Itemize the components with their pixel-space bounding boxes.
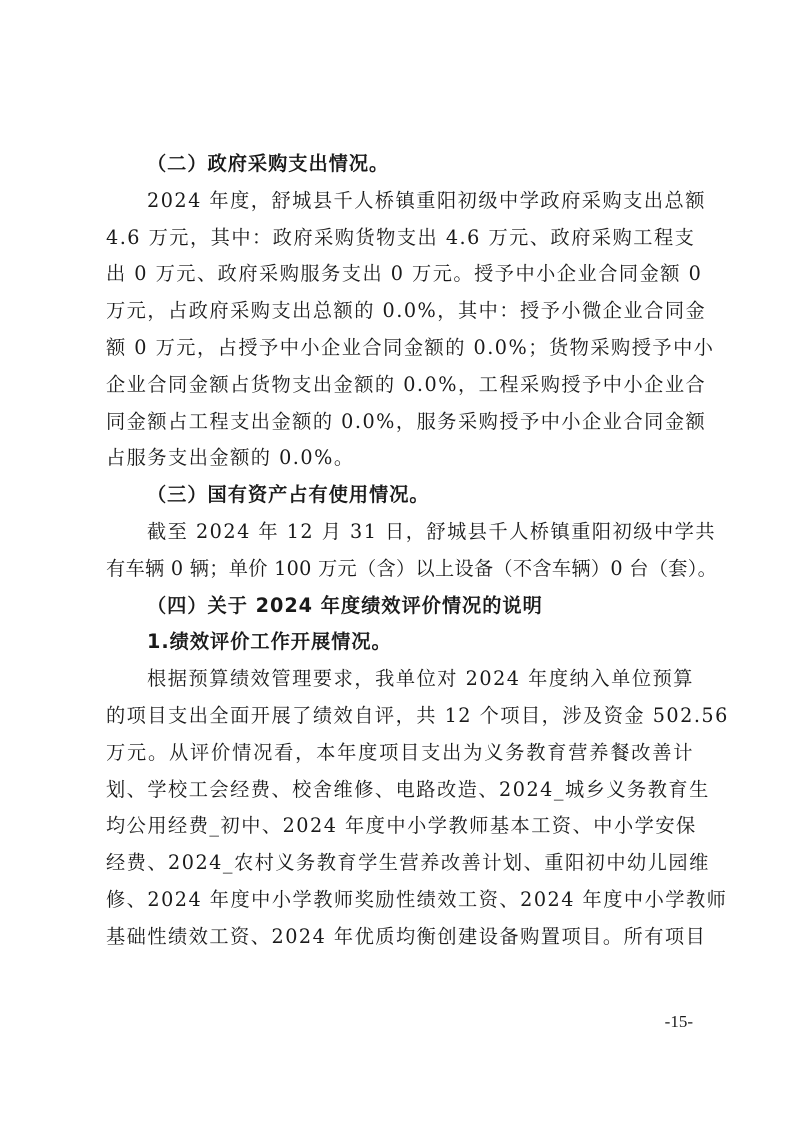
page-number: -15-: [665, 1012, 693, 1032]
paragraph-line: 出 0 万元、政府采购服务支出 0 万元。授予中小企业合同金额 0: [106, 256, 694, 293]
paragraph-line: 同金额占工程支出金额的 0.0%，服务采购授予中小企业合同金额: [106, 404, 694, 441]
paragraph-line: 修、2024 年度中小学教师奖励性绩效工资、2024 年度中小学教师: [106, 882, 694, 919]
section-heading-procurement: （二）政府采购支出情况。: [106, 146, 694, 183]
paragraph-line: 占服务支出金额的 0.0%。: [106, 440, 694, 477]
paragraph-line: 根据预算绩效管理要求，我单位对 2024 年度纳入单位预算: [106, 661, 694, 698]
paragraph-line: 截至 2024 年 12 月 31 日，舒城县千人桥镇重阳初级中学共: [106, 514, 694, 551]
paragraph-line: 万元，占政府采购支出总额的 0.0%，其中：授予小微企业合同金: [106, 293, 694, 330]
subheading-performance-work: 1.绩效评价工作开展情况。: [106, 624, 694, 661]
paragraph-line: 的项目支出全面开展了绩效自评，共 12 个项目，涉及资金 502.56: [106, 698, 694, 735]
paragraph-line: 企业合同金额占货物支出金额的 0.0%，工程采购授予中小企业合: [106, 367, 694, 404]
paragraph-line: 2024 年度，舒城县千人桥镇重阳初级中学政府采购支出总额: [106, 183, 694, 220]
paragraph-line: 经费、2024_农村义务教育学生营养改善计划、重阳初中幼儿园维: [106, 845, 694, 882]
paragraph-line: 4.6 万元，其中：政府采购货物支出 4.6 万元、政府采购工程支: [106, 220, 694, 257]
paragraph-line: 额 0 万元，占授予中小企业合同金额的 0.0%；货物采购授予中小: [106, 330, 694, 367]
paragraph-line: 万元。从评价情况看，本年度项目支出为义务教育营养餐改善计: [106, 735, 694, 772]
paragraph-line: 均公用经费_初中、2024 年度中小学教师基本工资、中小学安保: [106, 808, 694, 845]
paragraph-line: 有车辆 0 辆；单价 100 万元（含）以上设备（不含车辆）0 台（套）。: [106, 551, 694, 588]
paragraph-line: 基础性绩效工资、2024 年优质均衡创建设备购置项目。所有项目: [106, 919, 694, 956]
paragraph-line: 划、学校工会经费、校舍维修、电路改造、2024_城乡义务教育生: [106, 772, 694, 809]
document-page: （二）政府采购支出情况。 2024 年度，舒城县千人桥镇重阳初级中学政府采购支出…: [106, 146, 694, 956]
section-heading-performance: （四）关于 2024 年度绩效评价情况的说明: [106, 588, 694, 625]
section-heading-assets: （三）国有资产占有使用情况。: [106, 477, 694, 514]
